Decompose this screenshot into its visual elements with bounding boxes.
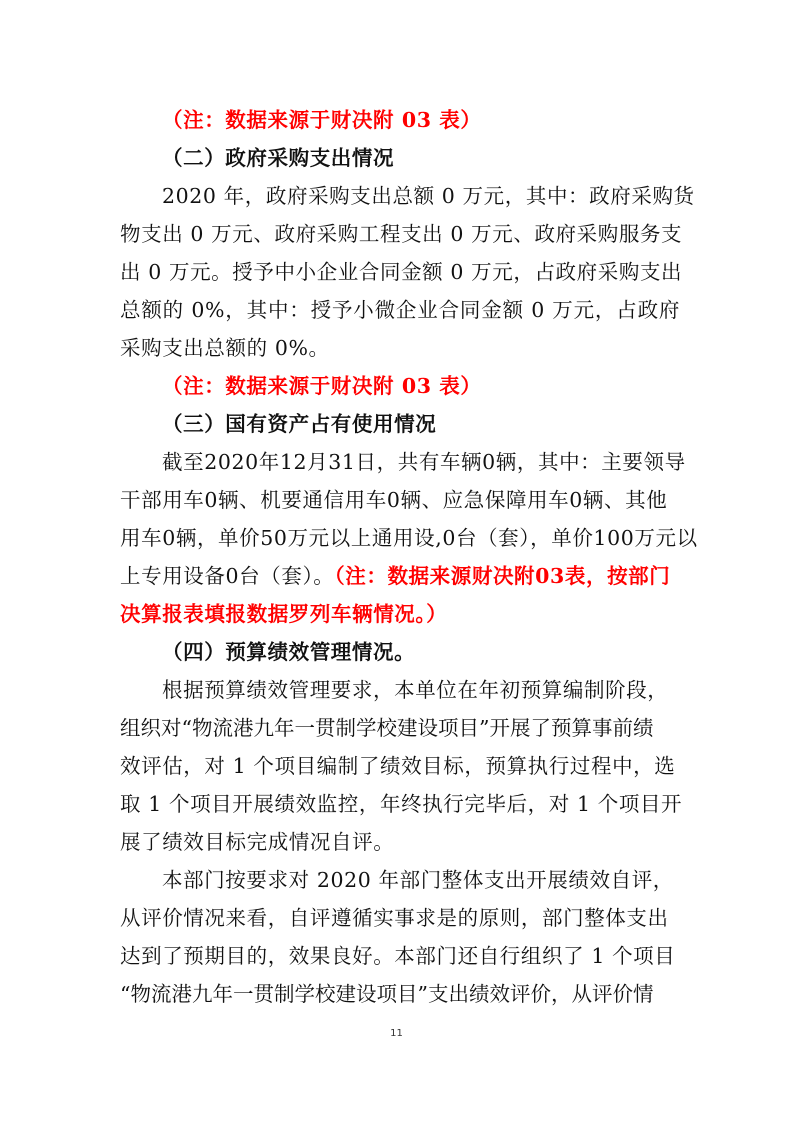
paragraph-line: “物流港九年一贯制学校建设项目”支出绩效评价，从评价情	[120, 981, 680, 1007]
section-heading-state-assets: （三）国有资产占有使用情况	[162, 411, 722, 437]
paragraph-line: 截至2020年12月31日，共有车辆0辆，其中：主要领导	[162, 449, 680, 475]
paragraph-line: 从评价情况来看，自评遵循实事求是的原则，部门整体支出	[120, 905, 680, 931]
data-source-note: 决算报表填报数据罗列车辆情况。）	[120, 601, 680, 627]
paragraph-line: 本部门按要求对 2020 年部门整体支出开展绩效自评，	[162, 867, 680, 893]
paragraph-line: 根据预算绩效管理要求，本单位在年初预算编制阶段，	[162, 677, 680, 703]
data-source-note: （注：数据来源财决附03表，按部门	[334, 564, 670, 588]
paragraph-line: 取 1 个项目开展绩效监控，年终执行完毕后，对 1 个项目开	[120, 791, 680, 817]
paragraph-line: 总额的 0%，其中：授予小微企业合同金额 0 万元，占政府	[120, 297, 680, 323]
paragraph-line: 用车0辆，单价50万元以上通用设,0台（套），单价100万元以	[120, 525, 680, 551]
paragraph-text: 上专用设备0台（套）。	[120, 564, 334, 588]
paragraph-line: 达到了预期目的，效果良好。本部门还自行组织了 1 个项目	[120, 943, 680, 969]
paragraph-line: 物支出 0 万元、政府采购工程支出 0 万元、政府采购服务支	[120, 221, 680, 247]
paragraph-line-mixed: 上专用设备0台（套）。（注：数据来源财决附03表，按部门	[120, 563, 680, 589]
page-number: 11	[0, 1028, 793, 1039]
document-page: （注：数据来源于财决附 03 表） （二）政府采购支出情况 2020 年，政府采…	[0, 0, 793, 1122]
paragraph-line: 出 0 万元。授予中小企业合同金额 0 万元，占政府采购支出	[120, 259, 680, 285]
paragraph-line: 2020 年，政府采购支出总额 0 万元，其中：政府采购货	[162, 183, 680, 209]
paragraph-line: 组织对“物流港九年一贯制学校建设项目”开展了预算事前绩	[120, 715, 680, 741]
paragraph-line: 干部用车0辆、机要通信用车0辆、应急保障用车0辆、其他	[120, 487, 680, 513]
paragraph-line: 展了绩效目标完成情况自评。	[120, 829, 680, 855]
section-heading-government-procurement: （二）政府采购支出情况	[162, 145, 722, 171]
section-heading-performance-management: （四）预算绩效管理情况。	[162, 639, 722, 665]
paragraph-line: 采购支出总额的 0%。	[120, 335, 680, 361]
data-source-note: （注：数据来源于财决附 03 表）	[162, 107, 722, 133]
paragraph-line: 效评估，对 1 个项目编制了绩效目标，预算执行过程中，选	[120, 753, 680, 779]
data-source-note: （注：数据来源于财决附 03 表）	[162, 373, 722, 399]
